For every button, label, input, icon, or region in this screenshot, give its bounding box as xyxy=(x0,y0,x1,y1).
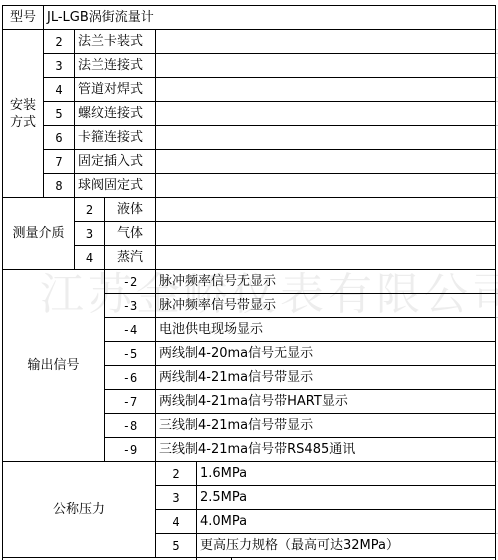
installation-blank xyxy=(155,29,496,54)
installation-text: 球阀固定式 xyxy=(74,173,156,198)
medium-text: 液体 xyxy=(104,197,156,222)
pressure-code: 3 xyxy=(155,485,197,510)
medium-blank xyxy=(155,221,496,246)
installation-blank xyxy=(155,173,496,198)
installation-code: 4 xyxy=(43,77,75,102)
output-label: 输出信号 xyxy=(2,269,105,462)
pressure-text: 更高压力规格（最高可达32MPa） xyxy=(196,533,496,558)
medium-code: 3 xyxy=(74,221,105,246)
pressure-text: 4.0MPa xyxy=(196,509,496,534)
output-text: 两线制4-20ma信号无显示 xyxy=(155,341,496,366)
output-text: 两线制4-21ma信号带显示 xyxy=(155,365,496,390)
output-text: 脉冲频率信号无显示 xyxy=(155,269,496,294)
installation-label: 安装 方式 xyxy=(2,29,44,198)
installation-blank xyxy=(155,101,496,126)
medium-text: 气体 xyxy=(104,221,156,246)
medium-text: 蒸汽 xyxy=(104,245,156,270)
installation-label-line1: 安装 xyxy=(10,97,36,114)
pressure-code: 4 xyxy=(155,509,197,534)
installation-text: 法兰连接式 xyxy=(74,53,156,78)
installation-blank xyxy=(155,77,496,102)
installation-blank xyxy=(155,53,496,78)
pressure-text: 1.6MPa xyxy=(196,461,496,486)
output-code: -3 xyxy=(104,293,156,318)
output-text: 脉冲频率信号带显示 xyxy=(155,293,496,318)
installation-text: 螺纹连接式 xyxy=(74,101,156,126)
output-code: -6 xyxy=(104,365,156,390)
installation-text: 法兰卡装式 xyxy=(74,29,156,54)
installation-blank xyxy=(155,149,496,174)
medium-label: 测量介质 xyxy=(2,197,75,270)
output-text: 三线制4-21ma信号带显示 xyxy=(155,413,496,438)
installation-code: 3 xyxy=(43,53,75,78)
installation-text: 管道对焊式 xyxy=(74,77,156,102)
installation-text: 固定插入式 xyxy=(74,149,156,174)
medium-blank xyxy=(155,245,496,270)
pressure-text: 2.5MPa xyxy=(196,485,496,510)
installation-code: 5 xyxy=(43,101,75,126)
pressure-code: 5 xyxy=(155,533,197,558)
output-text: 两线制4-21ma信号带HART显示 xyxy=(155,389,496,414)
pressure-code: 2 xyxy=(155,461,197,486)
output-code: -5 xyxy=(104,341,156,366)
installation-code: 2 xyxy=(43,29,75,54)
output-code: -4 xyxy=(104,317,156,342)
output-code: -2 xyxy=(104,269,156,294)
output-code: -8 xyxy=(104,413,156,438)
installation-code: 8 xyxy=(43,173,75,198)
installation-code: 7 xyxy=(43,149,75,174)
output-text: 电池供电现场显示 xyxy=(155,317,496,342)
output-text: 三线制4-21ma信号带RS485通讯 xyxy=(155,437,496,462)
installation-text: 卡箍连接式 xyxy=(74,125,156,150)
medium-code: 2 xyxy=(74,197,105,222)
model-label: 型号 xyxy=(2,5,44,30)
installation-label-line2: 方式 xyxy=(10,114,36,131)
pressure-label: 公称压力 xyxy=(2,461,156,558)
medium-blank xyxy=(155,197,496,222)
output-code: -9 xyxy=(104,437,156,462)
output-code: -7 xyxy=(104,389,156,414)
installation-code: 6 xyxy=(43,125,75,150)
medium-code: 4 xyxy=(74,245,105,270)
installation-blank xyxy=(155,125,496,150)
model-value: JL-LGB涡街流量计 xyxy=(43,5,496,30)
